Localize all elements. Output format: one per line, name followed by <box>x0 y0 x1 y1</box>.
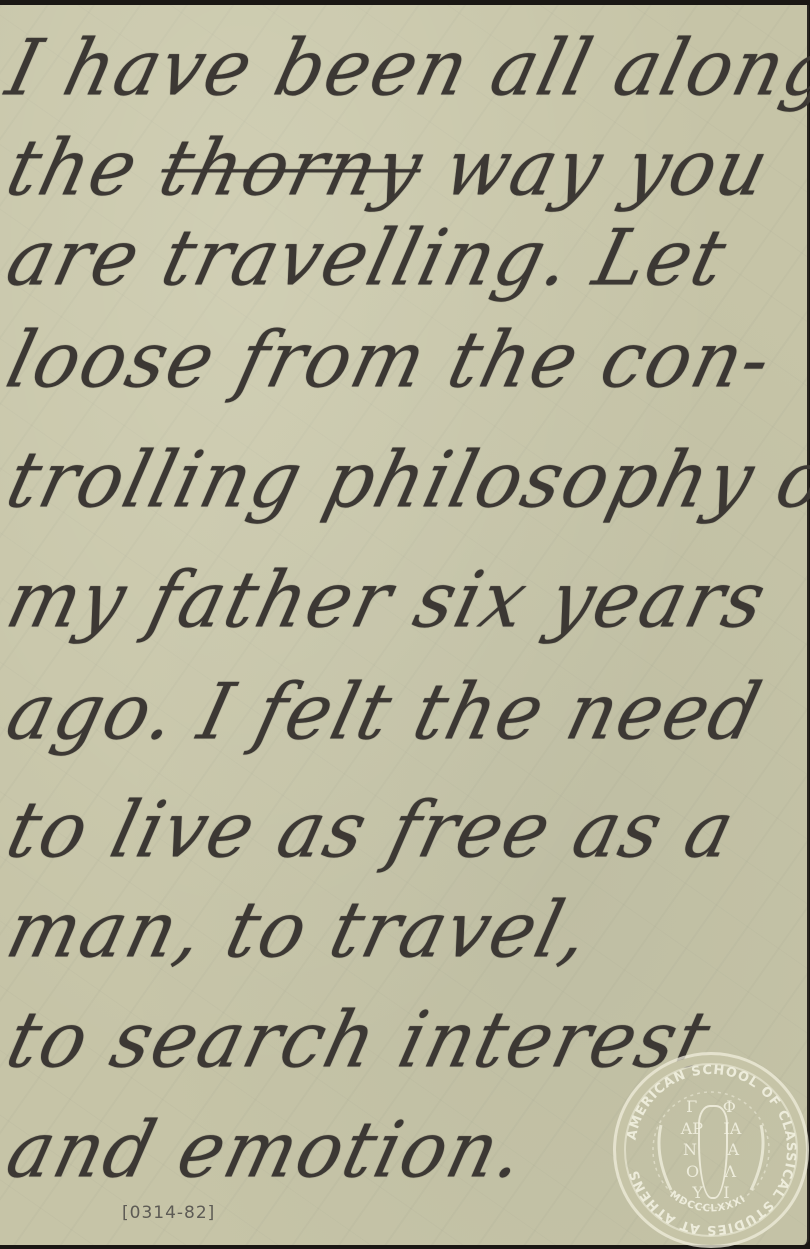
institution-seal: AMERICAN SCHOOL OF CLASSICAL STUDIES AT … <box>613 1052 809 1248</box>
handwritten-line-3: are travelling. Let <box>0 219 810 297</box>
letter-page: I have been all along the thorny way you… <box>0 5 809 1245</box>
handwritten-line-6: my father six years <box>0 561 810 639</box>
struck-word: thorny <box>151 123 432 213</box>
handwritten-line-4: loose from the con- <box>0 321 810 399</box>
handwritten-line-9: man, to travel, <box>0 891 810 969</box>
word-way-you: way you <box>410 123 779 213</box>
archive-reference: [0314-82] <box>122 1203 215 1223</box>
seal-greek-letters: Γ Φ ΑΡ ΙΑ Ν Α Ο Λ Υ Ι <box>661 1096 761 1204</box>
handwritten-line-1: I have been all along <box>0 29 810 107</box>
word-the: the <box>0 123 174 213</box>
handwritten-line-8: to live as free as a <box>0 791 810 869</box>
handwritten-line-2: the thorny way you <box>0 129 810 207</box>
handwritten-line-5: trolling philosophy of <box>0 441 810 519</box>
handwritten-line-7: ago. I felt the need <box>0 673 810 751</box>
